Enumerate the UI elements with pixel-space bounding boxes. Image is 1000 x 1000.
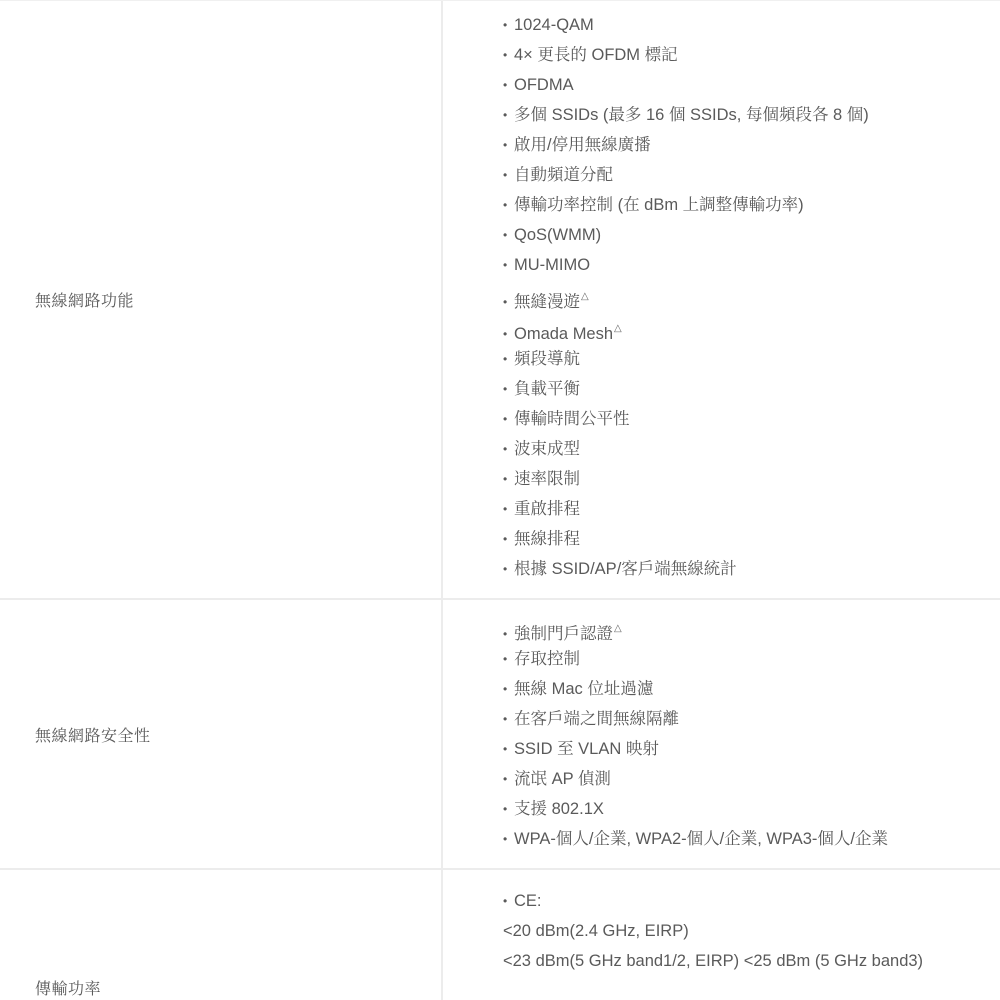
- list-item: •4× 更長的 OFDM 標記: [503, 40, 1000, 70]
- bullet-icon: •: [503, 794, 514, 824]
- item-text: 存取控制: [514, 650, 580, 668]
- list-item: •QoS(WMM): [503, 220, 1000, 250]
- list-item: •負載平衡: [503, 374, 1000, 404]
- list-item: •WPA-個人/企業, WPA2-個人/企業, WPA3-個人/企業: [503, 824, 1000, 854]
- bullet-icon: •: [503, 464, 514, 494]
- bullet-icon: •: [503, 734, 514, 764]
- item-text: 根據 SSID/AP/客戶端無線統計: [514, 560, 737, 578]
- bullet-icon: •: [503, 344, 514, 374]
- bullet-icon: •: [503, 160, 514, 190]
- spec-value: •1024-QAM •4× 更長的 OFDM 標記 •OFDMA •多個 SSI…: [443, 1, 1000, 598]
- bullet-icon: •: [503, 250, 514, 280]
- bullet-icon: •: [503, 494, 514, 524]
- item-text: 無線 Mac 位址過濾: [514, 680, 653, 698]
- spec-value: •強制門戶認證△ •存取控制 •無線 Mac 位址過濾 •在客戶端之間無線隔離 …: [443, 600, 1000, 868]
- bullet-icon: •: [503, 886, 514, 916]
- item-text: 啟用/停用無線廣播: [514, 136, 651, 154]
- bullet-icon: •: [503, 190, 514, 220]
- item-text: 波束成型: [514, 440, 580, 458]
- item-text: 頻段導航: [514, 350, 580, 368]
- item-text: 流氓 AP 偵測: [514, 770, 611, 788]
- bullet-icon: •: [503, 100, 514, 130]
- item-text: 強制門戶認證: [514, 625, 613, 643]
- spec-row-transmit-power: 傳輸功率 •CE: <20 dBm(2.4 GHz, EIRP) <23 dBm…: [0, 870, 1000, 1000]
- bullet-icon: •: [503, 434, 514, 464]
- bullet-icon: •: [503, 644, 514, 674]
- power-line-2-4ghz: <20 dBm(2.4 GHz, EIRP): [503, 916, 1000, 946]
- list-item: •CE:: [503, 886, 1000, 916]
- list-item: •頻段導航: [503, 344, 1000, 374]
- spec-label: 無線網路功能: [0, 1, 443, 598]
- item-text: 1024-QAM: [514, 16, 594, 34]
- triangle-footnote-icon: △: [614, 623, 622, 634]
- list-item: •存取控制: [503, 644, 1000, 674]
- list-item: •SSID 至 VLAN 映射: [503, 734, 1000, 764]
- list-item: •自動頻道分配: [503, 160, 1000, 190]
- list-item: •傳輸功率控制 (在 dBm 上調整傳輸功率): [503, 190, 1000, 220]
- item-text: 4× 更長的 OFDM 標記: [514, 46, 678, 64]
- list-item: •流氓 AP 偵測: [503, 764, 1000, 794]
- list-item: •1024-QAM: [503, 10, 1000, 40]
- bullet-icon: •: [503, 10, 514, 40]
- spec-label: 傳輸功率: [0, 870, 443, 1000]
- list-item: •根據 SSID/AP/客戶端無線統計: [503, 554, 1000, 584]
- bullet-icon: •: [503, 70, 514, 100]
- bullet-icon: •: [503, 374, 514, 404]
- item-text: WPA-個人/企業, WPA2-個人/企業, WPA3-個人/企業: [514, 830, 888, 848]
- spec-table: 無線網路功能 •1024-QAM •4× 更長的 OFDM 標記 •OFDMA …: [0, 0, 1000, 1000]
- item-text: 傳輸功率控制 (在 dBm 上調整傳輸功率): [514, 196, 804, 214]
- item-text: Omada Mesh: [514, 325, 613, 343]
- item-text: 重啟排程: [514, 500, 580, 518]
- item-text: 無縫漫遊: [514, 293, 580, 311]
- list-item: •波束成型: [503, 434, 1000, 464]
- feature-list: •1024-QAM •4× 更長的 OFDM 標記 •OFDMA •多個 SSI…: [503, 10, 1000, 584]
- list-item: •多個 SSIDs (最多 16 個 SSIDs, 每個頻段各 8 個): [503, 100, 1000, 130]
- list-item: •啟用/停用無線廣播: [503, 130, 1000, 160]
- item-text: 支援 802.1X: [514, 800, 604, 818]
- item-text: QoS(WMM): [514, 226, 601, 244]
- list-item: •MU-MIMO: [503, 250, 1000, 280]
- item-text: CE:: [514, 892, 542, 910]
- bullet-icon: •: [503, 524, 514, 554]
- triangle-footnote-icon: △: [614, 323, 622, 334]
- bullet-icon: •: [503, 130, 514, 160]
- power-list: •CE:: [503, 886, 1000, 916]
- item-text: OFDMA: [514, 76, 574, 94]
- list-item: •無縫漫遊△: [503, 280, 1000, 312]
- bullet-icon: •: [503, 554, 514, 584]
- spec-label: 無線網路安全性: [0, 600, 443, 868]
- item-text: 在客戶端之間無線隔離: [514, 710, 679, 728]
- item-text: SSID 至 VLAN 映射: [514, 740, 659, 758]
- item-text: 無線排程: [514, 530, 580, 548]
- security-list: •強制門戶認證△ •存取控制 •無線 Mac 位址過濾 •在客戶端之間無線隔離 …: [503, 614, 1000, 854]
- bullet-icon: •: [503, 404, 514, 434]
- item-text: MU-MIMO: [514, 256, 590, 274]
- bullet-icon: •: [503, 40, 514, 70]
- bullet-icon: •: [503, 704, 514, 734]
- bullet-icon: •: [503, 220, 514, 250]
- power-line-5ghz: <23 dBm(5 GHz band1/2, EIRP) <25 dBm (5 …: [503, 946, 1000, 976]
- list-item: •支援 802.1X: [503, 794, 1000, 824]
- list-item: •強制門戶認證△: [503, 614, 1000, 644]
- bullet-icon: •: [503, 764, 514, 794]
- list-item: •OFDMA: [503, 70, 1000, 100]
- list-item: •速率限制: [503, 464, 1000, 494]
- bullet-icon: •: [503, 824, 514, 854]
- item-text: 負載平衡: [514, 380, 580, 398]
- triangle-footnote-icon: △: [581, 291, 589, 302]
- spec-row-wireless-security: 無線網路安全性 •強制門戶認證△ •存取控制 •無線 Mac 位址過濾 •在客戶…: [0, 600, 1000, 870]
- list-item: •重啟排程: [503, 494, 1000, 524]
- list-item: •無線排程: [503, 524, 1000, 554]
- list-item: •在客戶端之間無線隔離: [503, 704, 1000, 734]
- bullet-icon: •: [503, 674, 514, 704]
- item-text: 速率限制: [514, 470, 580, 488]
- spec-row-wireless-features: 無線網路功能 •1024-QAM •4× 更長的 OFDM 標記 •OFDMA …: [0, 1, 1000, 600]
- list-item: •傳輸時間公平性: [503, 404, 1000, 434]
- item-text: 傳輸時間公平性: [514, 410, 630, 428]
- list-item: •無線 Mac 位址過濾: [503, 674, 1000, 704]
- list-item: •Omada Mesh△: [503, 312, 1000, 344]
- item-text: 自動頻道分配: [514, 166, 613, 184]
- item-text: 多個 SSIDs (最多 16 個 SSIDs, 每個頻段各 8 個): [514, 106, 869, 124]
- spec-value: •CE: <20 dBm(2.4 GHz, EIRP) <23 dBm(5 GH…: [443, 870, 1000, 1000]
